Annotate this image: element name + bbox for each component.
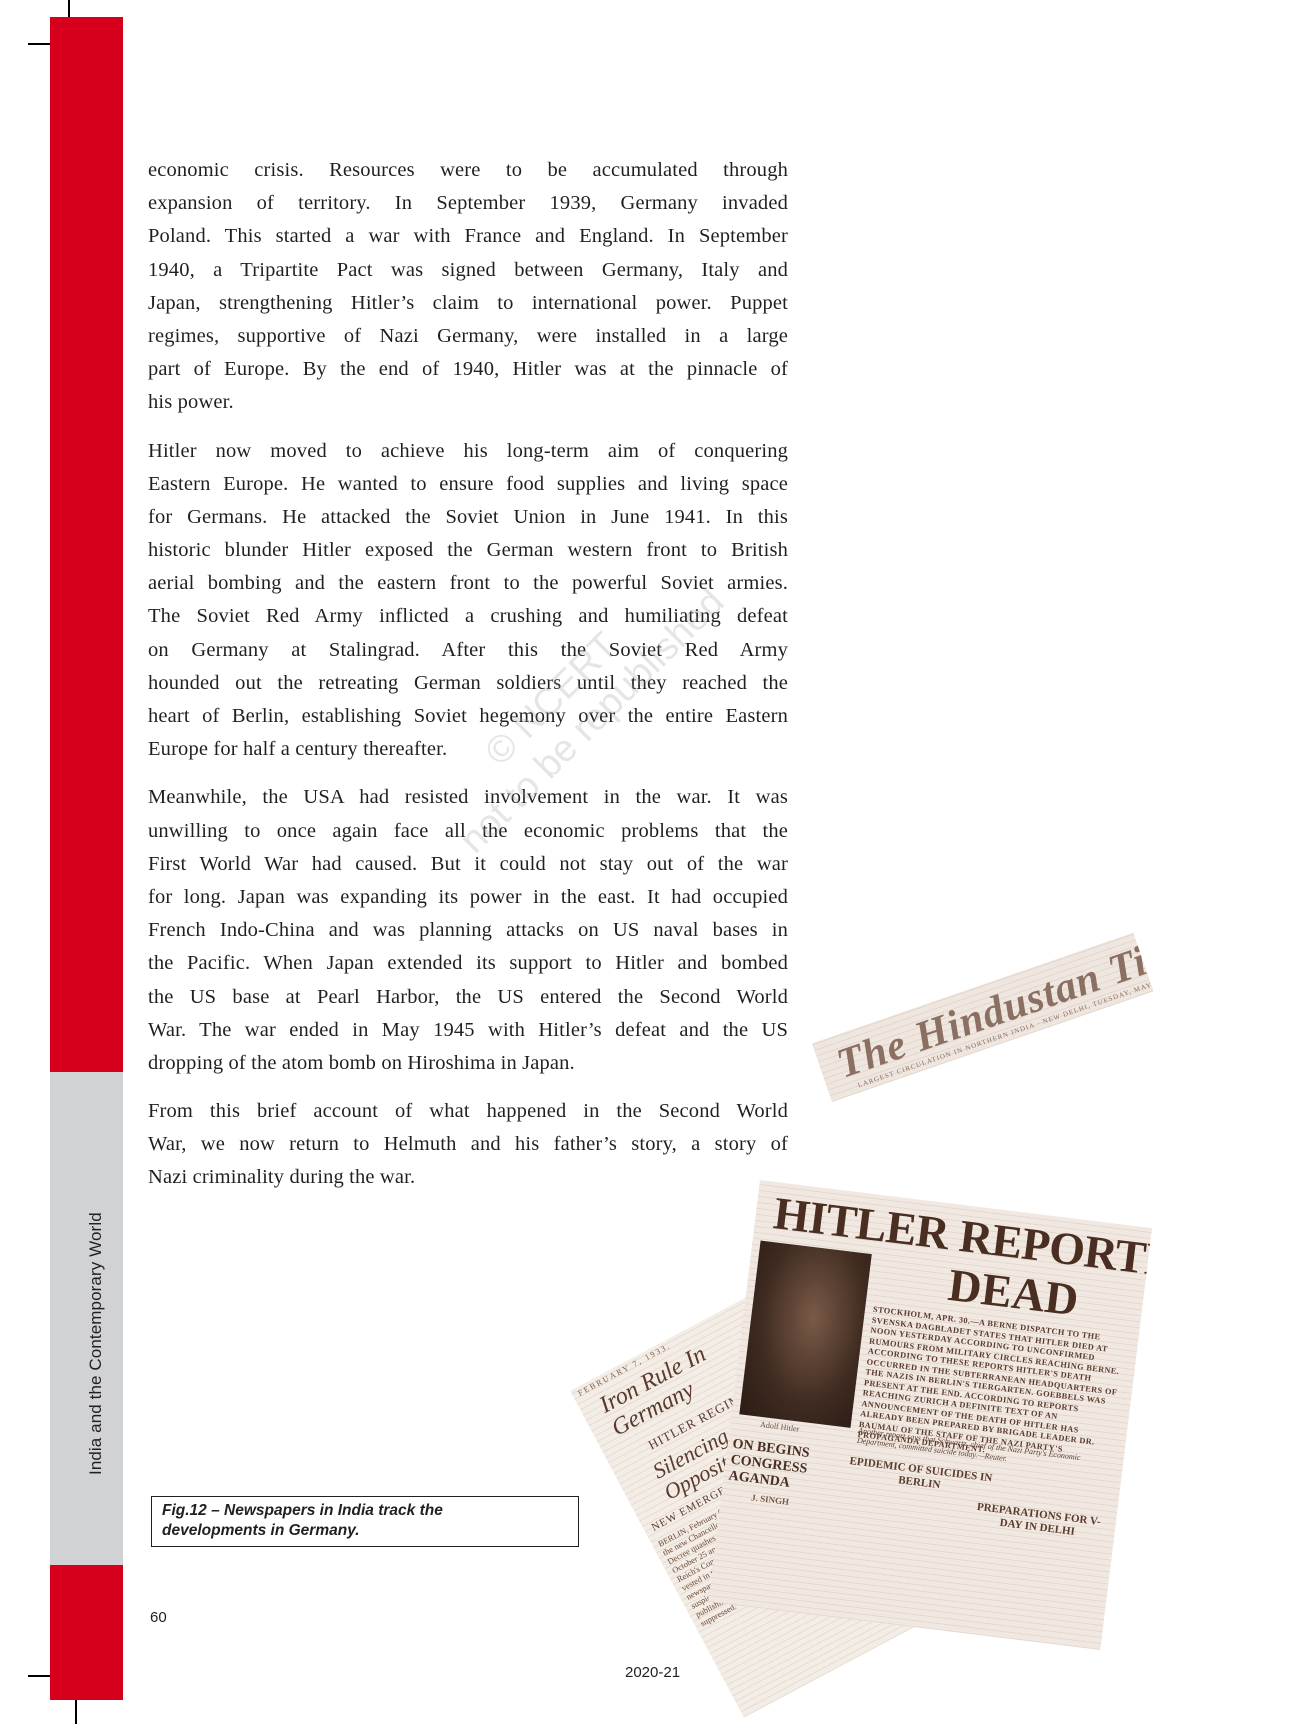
side-band-red-bottom	[50, 1565, 123, 1700]
text-line: part of Europe. By the end of 1940, Hitl…	[148, 353, 788, 386]
text-line: 1940, a Tripartite Pact was signed betwe…	[148, 254, 788, 287]
text-line: First World War had caused. But it could…	[148, 848, 788, 881]
text-line: From this brief account of what happened…	[148, 1095, 788, 1128]
text-line: on Germany at Stalingrad. After this the…	[148, 634, 788, 667]
side-band-red-top	[50, 17, 123, 1072]
crop-mark	[68, 0, 70, 17]
crop-mark	[28, 1675, 50, 1677]
newspaper-masthead: The Hindustan Times LARGEST CIRCULATION …	[812, 933, 1154, 1102]
text-line: The Soviet Red Army inflicted a crushing…	[148, 600, 788, 633]
text-line: French Indo-China and was planning attac…	[148, 914, 788, 947]
text-line: Meanwhile, the USA had resisted involvem…	[148, 781, 788, 814]
body-text: economic crisis. Resources were to be ac…	[148, 154, 788, 1210]
paragraph-3: Meanwhile, the USA had resisted involvem…	[148, 781, 788, 1080]
paragraph-4: From this brief account of what happened…	[148, 1095, 788, 1195]
text-line: expansion of territory. In September 193…	[148, 187, 788, 220]
text-line: heart of Berlin, establishing Soviet heg…	[148, 700, 788, 733]
newspaper-hitler-dead: HITLER REPORTED DEAD Adolf Hitler STOCKH…	[708, 1180, 1152, 1650]
caption-line-2: developments in Germany.	[162, 1521, 568, 1541]
paragraph-1: economic crisis. Resources were to be ac…	[148, 154, 788, 420]
edition-year: 2020-21	[625, 1664, 680, 1681]
text-line: regimes, supportive of Nazi Germany, wer…	[148, 320, 788, 353]
paragraph-2: Hitler now moved to achieve his long-ter…	[148, 435, 788, 767]
text-line: War. The war ended in May 1945 with Hitl…	[148, 1014, 788, 1047]
text-line: Europe for half a century thereafter.	[148, 733, 788, 766]
text-line: his power.	[148, 386, 788, 419]
text-line: historic blunder Hitler exposed the Germ…	[148, 534, 788, 567]
text-line: unwilling to once again face all the eco…	[148, 815, 788, 848]
caption-line-1: Fig.12 – Newspapers in India track the	[162, 1501, 568, 1521]
crop-mark	[28, 43, 50, 45]
book-title-vertical: India and the Contemporary World	[86, 1212, 106, 1475]
text-line: Eastern Europe. He wanted to ensure food…	[148, 468, 788, 501]
text-line: hounded out the retreating German soldie…	[148, 667, 788, 700]
text-line: for long. Japan was expanding its power …	[148, 881, 788, 914]
text-line: economic crisis. Resources were to be ac…	[148, 154, 788, 187]
text-line: Nazi criminality during the war.	[148, 1161, 788, 1194]
text-line: dropping of the atom bomb on Hiroshima i…	[148, 1047, 788, 1080]
text-line: Hitler now moved to achieve his long-ter…	[148, 435, 788, 468]
text-line: War, we now return to Helmuth and his fa…	[148, 1128, 788, 1161]
page-number: 60	[150, 1609, 167, 1626]
masthead-title: The Hindustan Times	[831, 933, 1154, 1089]
text-line: the Pacific. When Japan extended its sup…	[148, 947, 788, 980]
newspaper-photo	[739, 1241, 871, 1428]
text-line: aerial bombing and the eastern front to …	[148, 567, 788, 600]
text-line: the US base at Pearl Harbor, the US ente…	[148, 981, 788, 1014]
text-line: Japan, strengthening Hitler’s claim to i…	[148, 287, 788, 320]
figure-caption: Fig.12 – Newspapers in India track the d…	[151, 1496, 579, 1547]
text-line: for Germans. He attacked the Soviet Unio…	[148, 501, 788, 534]
text-line: Poland. This started a war with France a…	[148, 220, 788, 253]
crop-mark	[75, 1700, 77, 1724]
